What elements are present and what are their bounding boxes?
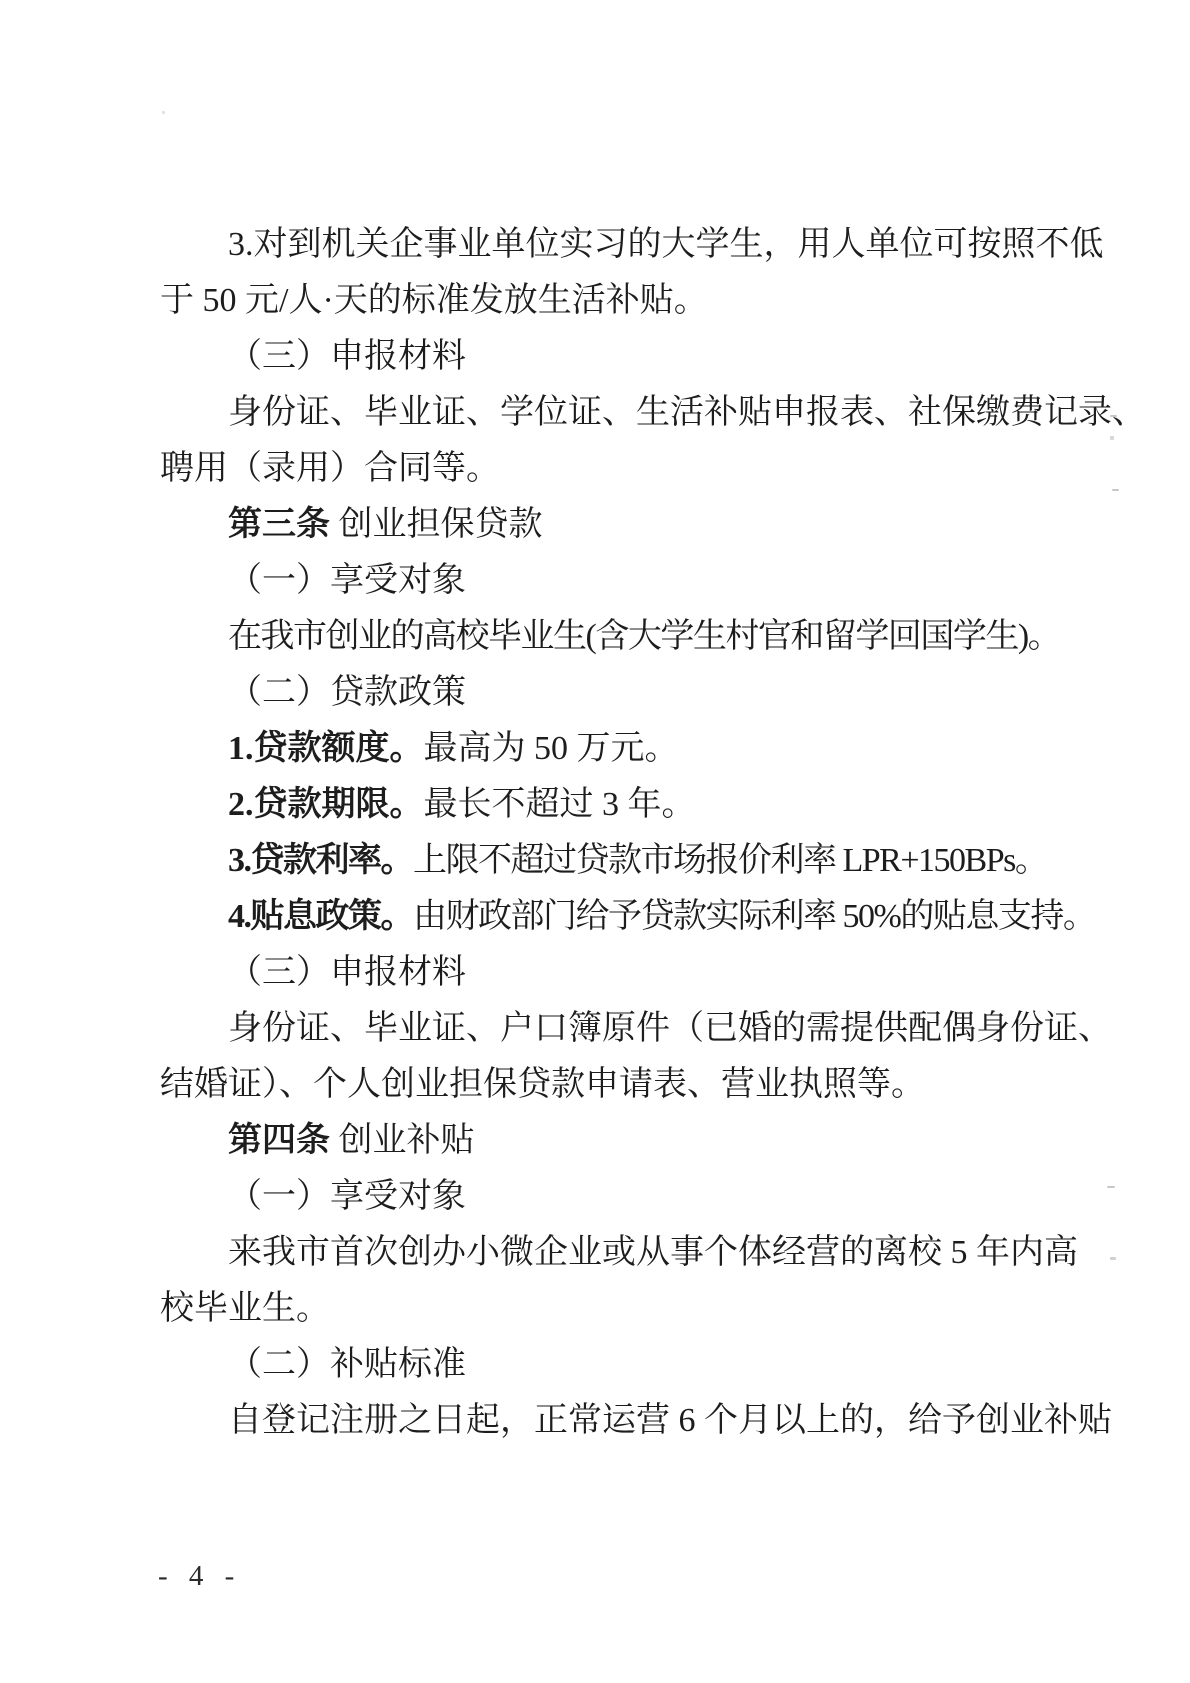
doc-line-text: 于 50 元/人·天的标准发放生活补贴。	[160, 282, 708, 319]
doc-line: 身份证、毕业证、户口簿原件（已婚的需提供配偶身份证、	[160, 1001, 1048, 1057]
doc-line-lead: 1.贷款额度。	[228, 730, 424, 767]
doc-line-text: （三）申报材料	[228, 338, 466, 375]
doc-line-text: 身份证、毕业证、学位证、生活补贴申报表、社保缴费记录、	[228, 394, 1146, 431]
scan-speck	[1112, 489, 1119, 491]
doc-line-text: 校毕业生。	[160, 1290, 330, 1327]
document-body: 3.对到机关企事业单位实习的大学生，用人单位可按照不低 于 50 元/人·天的标…	[160, 217, 1048, 1449]
doc-line-article-4: 第四条 创业补贴	[160, 1113, 1048, 1169]
scan-speck	[1110, 436, 1114, 440]
doc-line: 4.贴息政策。由财政部门给予贷款实际利率 50%的贴息支持。	[160, 889, 1048, 945]
doc-line: （三）申报材料	[160, 329, 1048, 385]
doc-line: （三）申报材料	[160, 945, 1048, 1001]
document-page: 3.对到机关企事业单位实习的大学生，用人单位可按照不低 于 50 元/人·天的标…	[0, 0, 1190, 1683]
doc-line: （一）享受对象	[160, 553, 1048, 609]
doc-line: 在我市创业的高校毕业生(含大学生村官和留学回国学生)。	[160, 609, 1048, 665]
doc-line: 校毕业生。	[160, 1281, 1048, 1337]
doc-line: 聘用（录用）合同等。	[160, 441, 1048, 497]
doc-line: （一）享受对象	[160, 1169, 1048, 1225]
page-number: - 4 -	[158, 1560, 241, 1593]
scan-speck	[1110, 415, 1117, 417]
doc-line-text: 聘用（录用）合同等。	[160, 450, 500, 487]
doc-line-text: 最高为 50 万元。	[424, 730, 679, 767]
doc-line-lead: 3.贷款利率。	[228, 842, 413, 879]
doc-line: 3.贷款利率。上限不超过贷款市场报价利率 LPR+150BPs。	[160, 833, 1048, 889]
doc-line-text: （一）享受对象	[228, 562, 466, 599]
doc-line-text: 自登记注册之日起，正常运营 6 个月以上的，给予创业补贴	[228, 1402, 1112, 1439]
doc-line-text: （三）申报材料	[228, 954, 466, 991]
doc-line-lead: 2.贷款期限。	[228, 786, 424, 823]
doc-line-text: 创业补贴	[330, 1122, 475, 1159]
scan-speck	[162, 111, 165, 114]
doc-line-lead: 第三条	[228, 506, 330, 543]
doc-line: 3.对到机关企事业单位实习的大学生，用人单位可按照不低	[160, 217, 1048, 273]
doc-line-text: 由财政部门给予贷款实际利率 50%的贴息支持。	[413, 898, 1095, 935]
doc-line-text: （一）享受对象	[228, 1178, 466, 1215]
doc-line: 结婚证）、个人创业担保贷款申请表、营业执照等。	[160, 1057, 1048, 1113]
doc-line: 于 50 元/人·天的标准发放生活补贴。	[160, 273, 1048, 329]
doc-line: （二）贷款政策	[160, 665, 1048, 721]
doc-line-text: 来我市首次创办小微企业或从事个体经营的离校 5 年内高	[228, 1234, 1078, 1271]
doc-line-text: 身份证、毕业证、户口簿原件（已婚的需提供配偶身份证、	[228, 1010, 1112, 1047]
scan-speck	[1110, 1257, 1116, 1260]
doc-line-lead: 4.贴息政策。	[228, 898, 413, 935]
doc-line: （二）补贴标准	[160, 1337, 1048, 1393]
doc-line-lead: 第四条	[228, 1122, 330, 1159]
doc-line: 1.贷款额度。最高为 50 万元。	[160, 721, 1048, 777]
doc-line-text: 结婚证）、个人创业担保贷款申请表、营业执照等。	[160, 1066, 925, 1103]
doc-line-text: 在我市创业的高校毕业生(含大学生村官和留学回国学生)。	[228, 618, 1060, 655]
doc-line: 2.贷款期限。最长不超过 3 年。	[160, 777, 1048, 833]
doc-line: 来我市首次创办小微企业或从事个体经营的离校 5 年内高	[160, 1225, 1048, 1281]
scan-speck	[1107, 1186, 1115, 1188]
doc-line-text: 最长不超过 3 年。	[424, 786, 696, 823]
doc-line-text: 3.对到机关企事业单位实习的大学生，用人单位可按照不低	[228, 226, 1104, 263]
doc-line-text: （二）补贴标准	[228, 1346, 466, 1383]
doc-line: 身份证、毕业证、学位证、生活补贴申报表、社保缴费记录、	[160, 385, 1048, 441]
doc-line: 自登记注册之日起，正常运营 6 个月以上的，给予创业补贴	[160, 1393, 1048, 1449]
doc-line-article-3: 第三条 创业担保贷款	[160, 497, 1048, 553]
doc-line-text: 上限不超过贷款市场报价利率 LPR+150BPs。	[413, 842, 1047, 879]
doc-line-text: 创业担保贷款	[330, 506, 543, 543]
doc-line-text: （二）贷款政策	[228, 674, 466, 711]
